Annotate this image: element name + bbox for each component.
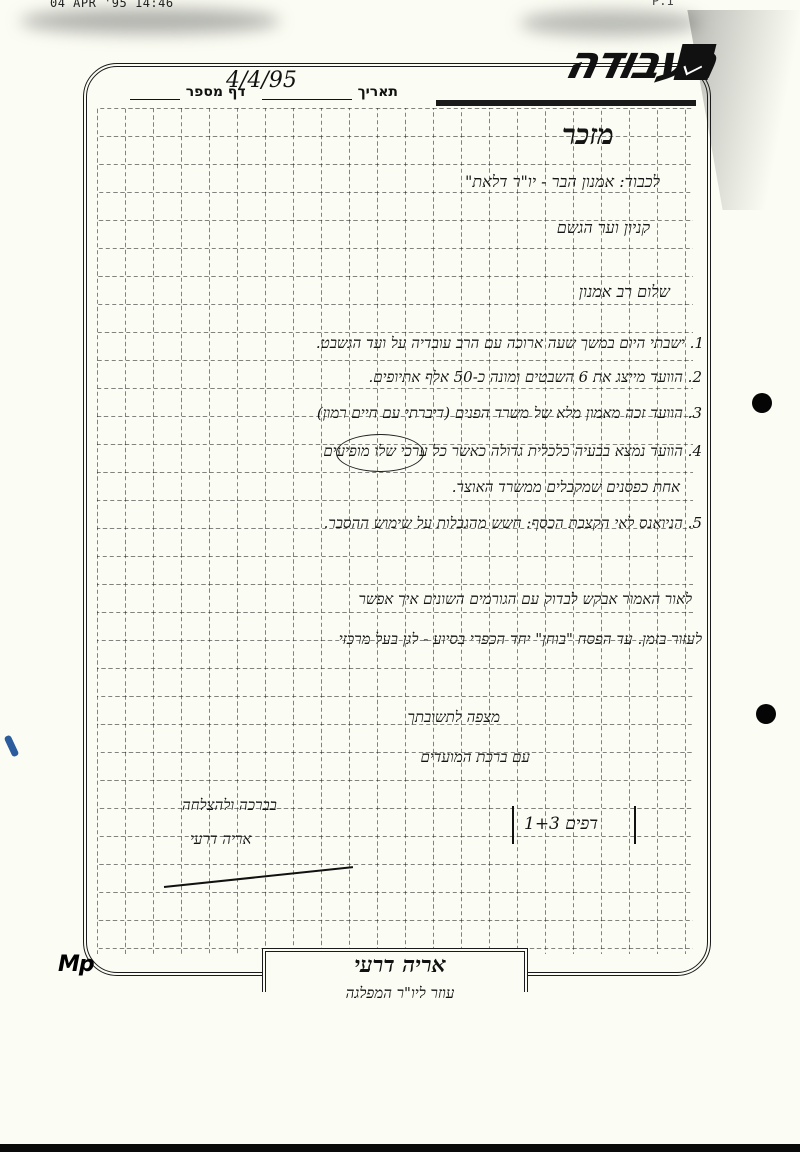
scan-smudge — [20, 8, 280, 34]
scan-edge — [0, 1144, 800, 1152]
pages-note: דפים 1+3 — [524, 814, 598, 834]
logo-underline-bar — [436, 100, 696, 106]
fax-page-number: P.1 — [652, 0, 674, 8]
greeting-line: שלום רב אמנון — [579, 282, 670, 302]
punch-hole-icon — [752, 393, 772, 413]
memo-item: 3. הוועד זכה מאמון מלא של משרד הפנים (די… — [317, 404, 702, 423]
signature-greeting: בברכה ולהצלחה — [182, 796, 277, 815]
memo-title: מזכר — [562, 118, 614, 152]
ink-mark — [4, 735, 20, 758]
punch-hole-icon — [756, 704, 776, 724]
footer-role: עוזר ליו"ר המפלגה — [0, 984, 800, 1003]
page-number-field-line — [130, 99, 180, 100]
closing-line: לעזור בזמן. עד הפסח "בוחן" יחד הכפרי בסי… — [339, 630, 702, 649]
signature-name: אריה דרעי — [190, 830, 251, 849]
footer-name: אריה דרעי — [0, 952, 800, 978]
memo-item: 5. הניואנס לאי הקצבת הכסף: חשש מהגבלות ע… — [324, 514, 702, 533]
signoff-line: מצפה לתשובתך — [407, 708, 500, 727]
memo-item: 1. ישבתי היום במשך שעה ארוכה עם הרב עובד… — [316, 334, 704, 353]
party-logo: העבודה — [432, 36, 714, 88]
date-value: 4/4/95 — [226, 68, 297, 93]
scan-smudge — [520, 10, 700, 36]
circled-phrase-mark — [336, 434, 424, 472]
recipient-line: קניון וער הגשם — [557, 218, 650, 238]
memo-item: 2. הוועד מייצג את 6 השבטים ומונה כ-50 אל… — [368, 368, 702, 387]
signoff-line: עם ברכת המועדים — [420, 748, 530, 767]
memo-item: אחת כפסנים שמקבלים ממשרד האוצר. — [452, 478, 680, 497]
recipient-line: לכבוד: אמנון הבר - יו"ר דלאת" — [465, 172, 660, 192]
mp-stamp: Mp — [58, 952, 94, 977]
fax-timestamp: 04 APR '95 14:46 — [50, 0, 174, 10]
date-field-line — [262, 99, 352, 100]
date-label: תאריך — [358, 84, 398, 100]
closing-line: לאור האמור אבקש לבדוק עם הגורמים השונים … — [358, 590, 692, 609]
